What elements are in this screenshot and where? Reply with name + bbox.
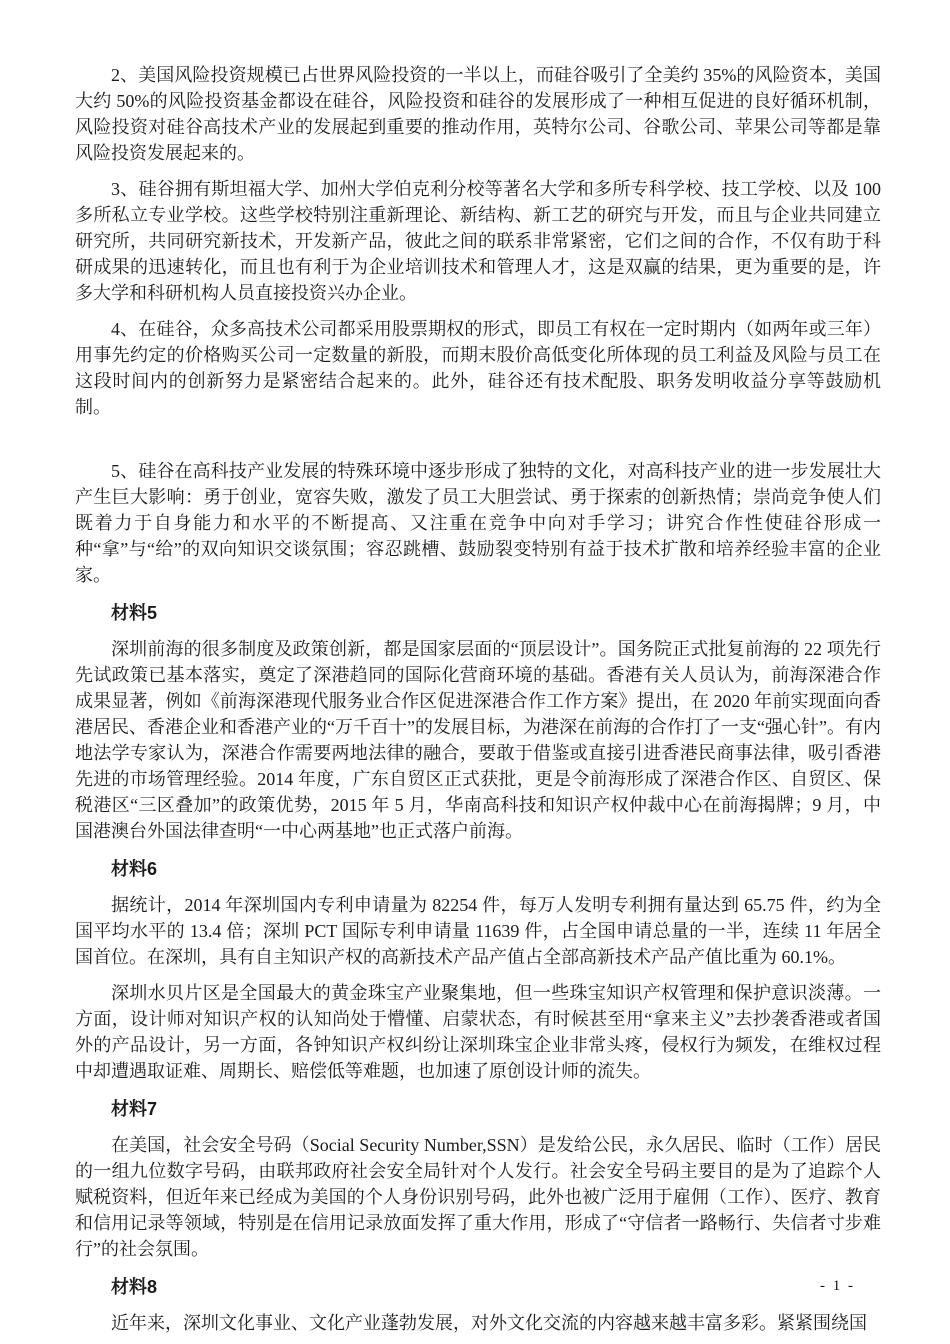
material-heading: 材料6 xyxy=(75,856,881,882)
body-paragraph: 近年来，深圳文化事业、文化产业蓬勃发展，对外文化交流的内容越来越丰富多彩。紧紧围… xyxy=(75,1310,881,1336)
body-paragraph: 深圳前海的很多制度及政策创新，都是国家层面的“顶层设计”。国务院正式批复前海的 … xyxy=(75,636,881,844)
body-paragraph: 2、美国风险投资规模已占世界风险投资的一半以上，而硅谷吸引了全美约 35%的风险… xyxy=(75,62,881,166)
document-page: 2、美国风险投资规模已占世界风险投资的一半以上，而硅谷吸引了全美约 35%的风险… xyxy=(0,0,950,1344)
material-heading: 材料7 xyxy=(75,1096,881,1122)
body-paragraph: 深圳水贝片区是全国最大的黄金珠宝产业聚集地，但一些珠宝知识产权管理和保护意识淡薄… xyxy=(75,980,881,1084)
body-paragraph: 4、在硅谷，众多高技术公司都采用股票期权的形式，即员工有权在一定时期内（如两年或… xyxy=(75,316,881,420)
material-heading: 材料5 xyxy=(75,600,881,626)
body-paragraph: 5、硅谷在高科技产业发展的特殊环境中逐步形成了独特的文化，对高科技产业的进一步发… xyxy=(75,458,881,588)
body-paragraph: 在美国，社会安全号码（Social Security Number,SSN）是发… xyxy=(75,1132,881,1262)
page-number: - 1 - xyxy=(0,1276,950,1296)
body-paragraph: 据统计，2014 年深圳国内专利申请量为 82254 件，每万人发明专利拥有量达… xyxy=(75,892,881,970)
body-paragraph: 3、硅谷拥有斯坦福大学、加州大学伯克利分校等著名大学和多所专科学校、技工学校、以… xyxy=(75,176,881,306)
document-content: 2、美国风险投资规模已占世界风险投资的一半以上，而硅谷吸引了全美约 35%的风险… xyxy=(75,62,881,1344)
